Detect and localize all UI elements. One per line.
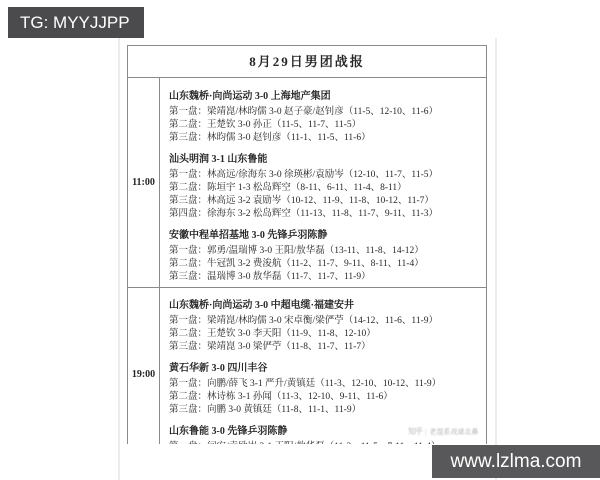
watermark: 知乎 | 老湿系戏谑北鼻 — [406, 425, 480, 438]
game-result: 第二盘：牛冠凯 3-2 费浚航（11-2、11-7、9-11、8-11、11-4… — [169, 258, 482, 271]
match-block: 山东魏桥·向尚运动 3-0 上海地产集团 第一盘：梁靖崑/林昀儒 3-0 赵子豪… — [169, 87, 482, 145]
session-matches: 山东魏桥·向尚运动 3-0 上海地产集团 第一盘：梁靖崑/林昀儒 3-0 赵子豪… — [160, 78, 486, 287]
game-result: 第二盘：陈垣宇 1-3 松岛辉空（8-11、6-11、11-4、8-11） — [169, 182, 482, 195]
match-result-header: 山东魏桥·向尚运动 3-0 中超电缆·福建安井 — [169, 296, 482, 311]
game-result: 第三盘：温瑞博 3-0 敖华磊（11-7、11-7、11-9） — [169, 271, 482, 284]
game-result: 第二盘：王楚钦 3-0 孙正（11-5、11-7、11-5） — [169, 119, 482, 132]
session-matches: 山东魏桥·向尚运动 3-0 中超电缆·福建安井 第一盘：梁靖崑/林昀儒 3-0 … — [160, 288, 486, 444]
match-report-table: 8月29日男团战报 11:00 山东魏桥·向尚运动 3-0 上海地产集团 第一盘… — [127, 45, 487, 444]
game-result: 第四盘：徐海东 3-2 松岛辉空（11-13、11-8、11-7、9-11、11… — [169, 208, 482, 221]
game-result: 第一盘：郭勇/温瑞博 3-0 王阳/敖华磊（13-11、11-8、14-12） — [169, 245, 482, 258]
game-result: 第一盘：林高远/徐海东 3-0 徐瑛彬/袁励岑（12-10、11-7、11-5） — [169, 169, 482, 182]
game-result: 第一盘：梁靖崑/林昀儒 3-0 赵子豪/赵钊彦（11-5、12-10、11-6） — [169, 106, 482, 119]
match-result-header: 山东魏桥·向尚运动 3-0 上海地产集团 — [169, 87, 482, 102]
watermark-separator: | — [425, 428, 426, 436]
session-row-1900: 19:00 山东魏桥·向尚运动 3-0 中超电缆·福建安井 第一盘：梁靖崑/林昀… — [128, 288, 486, 444]
session-time: 19:00 — [128, 288, 160, 444]
match-block: 山东魏桥·向尚运动 3-0 中超电缆·福建安井 第一盘：梁靖崑/林昀儒 3-0 … — [169, 296, 482, 354]
session-row-1100: 11:00 山东魏桥·向尚运动 3-0 上海地产集团 第一盘：梁靖崑/林昀儒 3… — [128, 78, 486, 288]
game-result: 第三盘：向鹏 3-0 黄镇廷（11-8、11-1、11-9） — [169, 404, 482, 417]
match-result-header: 安徽中程单招基地 3-0 先锋乒羽陈静 — [169, 226, 482, 241]
report-title: 8月29日男团战报 — [128, 46, 486, 78]
game-result: 第三盘：梁靖崑 3-0 梁俨苧（11-8、11-7、11-7） — [169, 341, 482, 354]
game-result: 第二盘：王楚钦 3-0 李天阳（11-9、11-8、12-10） — [169, 328, 482, 341]
game-result: 第三盘：林昀儒 3-0 赵钊彦（11-1、11-5、11-6） — [169, 132, 482, 145]
page-edge-right — [495, 38, 497, 480]
game-result: 第一盘：闫安/袁励岑 3-1 王阳/敖华磊（11-2、11-5、7-11、11-… — [169, 441, 482, 444]
match-result-header: 汕头明润 3-1 山东鲁能 — [169, 150, 482, 165]
watermark-text: 老湿系戏谑北鼻 — [429, 427, 478, 437]
telegram-tag: TG: MYYJJPP — [8, 7, 144, 38]
game-result: 第二盘：林诗栋 3-1 孙闻（11-3、12-10、9-11、11-6） — [169, 391, 482, 404]
match-result-header: 黄石华新 3-0 四川丰谷 — [169, 359, 482, 374]
match-block: 安徽中程单招基地 3-0 先锋乒羽陈静 第一盘：郭勇/温瑞博 3-0 王阳/敖华… — [169, 226, 482, 284]
match-block: 黄石华新 3-0 四川丰谷 第一盘：向鹏/薛飞 3-1 严升/黄镇廷（11-3、… — [169, 359, 482, 417]
session-time: 11:00 — [128, 78, 160, 287]
site-url-tag: www.lzlma.com — [432, 445, 600, 478]
game-result: 第一盘：梁靖崑/林昀儒 3-0 宋卓衡/梁俨苧（14-12、11-6、11-9） — [169, 315, 482, 328]
game-result: 第一盘：向鹏/薛飞 3-1 严升/黄镇廷（11-3、12-10、10-12、11… — [169, 378, 482, 391]
game-result: 第三盘：林高远 3-2 袁励岑（10-12、11-9、11-8、10-12、11… — [169, 195, 482, 208]
match-block: 汕头明润 3-1 山东鲁能 第一盘：林高远/徐海东 3-0 徐瑛彬/袁励岑（12… — [169, 150, 482, 221]
page-edge-left — [118, 38, 120, 480]
watermark-logo: 知乎 — [408, 426, 422, 437]
